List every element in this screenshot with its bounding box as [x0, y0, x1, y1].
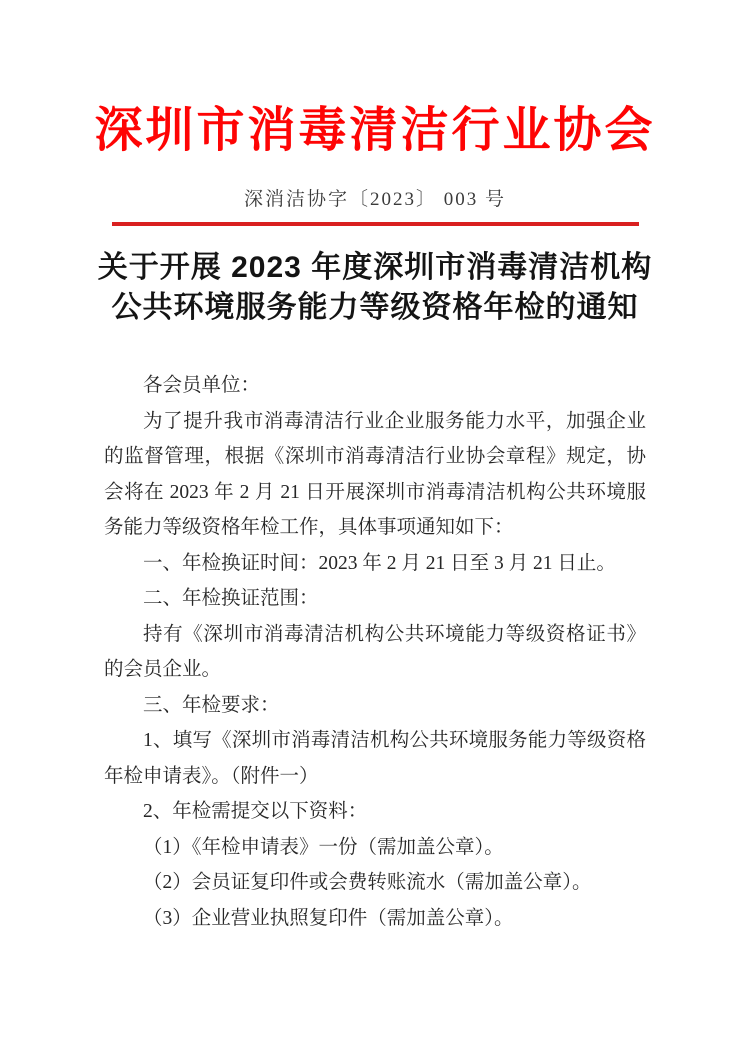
- notice-title-line-1: 关于开展 2023 年度深圳市消毒清洁机构: [0, 248, 750, 288]
- body-paragraph-item-3-requirements: 三、年检要求：: [104, 688, 646, 724]
- body-paragraph-item-1-time: 一、年检换证时间：2023 年 2 月 21 日至 3 月 21 日止。: [104, 546, 646, 582]
- document-reference-number: 深消洁协字〔2023〕 003 号: [0, 188, 750, 212]
- notice-title-line-2: 公共环境服务能力等级资格年检的通知: [0, 288, 750, 328]
- body-paragraph-intro: 为了提升我市消毒清洁行业企业服务能力水平，加强企业的监督管理，根据《深圳市消毒清…: [104, 404, 646, 546]
- body-paragraph-scope-detail: 持有《深圳市消毒清洁机构公共环境能力等级资格证书》的会员企业。: [104, 617, 646, 688]
- body-paragraph-item-2-scope: 二、年检换证范围：: [104, 581, 646, 617]
- organization-name-header: 深圳市消毒清洁行业协会: [0, 102, 750, 160]
- body-paragraph-material-2: （2）会员证复印件或会费转账流水（需加盖公章）。: [104, 865, 646, 901]
- body-paragraph-salutation: 各会员单位：: [104, 368, 646, 404]
- body-paragraph-requirement-1: 1、填写《深圳市消毒清洁机构公共环境服务能力等级资格年检申请表》。（附件一）: [104, 723, 646, 794]
- notice-title: 关于开展 2023 年度深圳市消毒清洁机构 公共环境服务能力等级资格年检的通知: [0, 248, 750, 328]
- notice-body: 各会员单位： 为了提升我市消毒清洁行业企业服务能力水平，加强企业的监督管理，根据…: [104, 368, 646, 936]
- body-paragraph-material-1: （1）《年检申请表》一份（需加盖公章）。: [104, 830, 646, 866]
- body-paragraph-requirement-2: 2、年检需提交以下资料：: [104, 794, 646, 830]
- body-paragraph-material-3: （3）企业营业执照复印件（需加盖公章）。: [104, 901, 646, 937]
- notice-document-page: 深圳市消毒清洁行业协会 深消洁协字〔2023〕 003 号 关于开展 2023 …: [0, 0, 750, 1060]
- red-divider-line: [112, 222, 639, 226]
